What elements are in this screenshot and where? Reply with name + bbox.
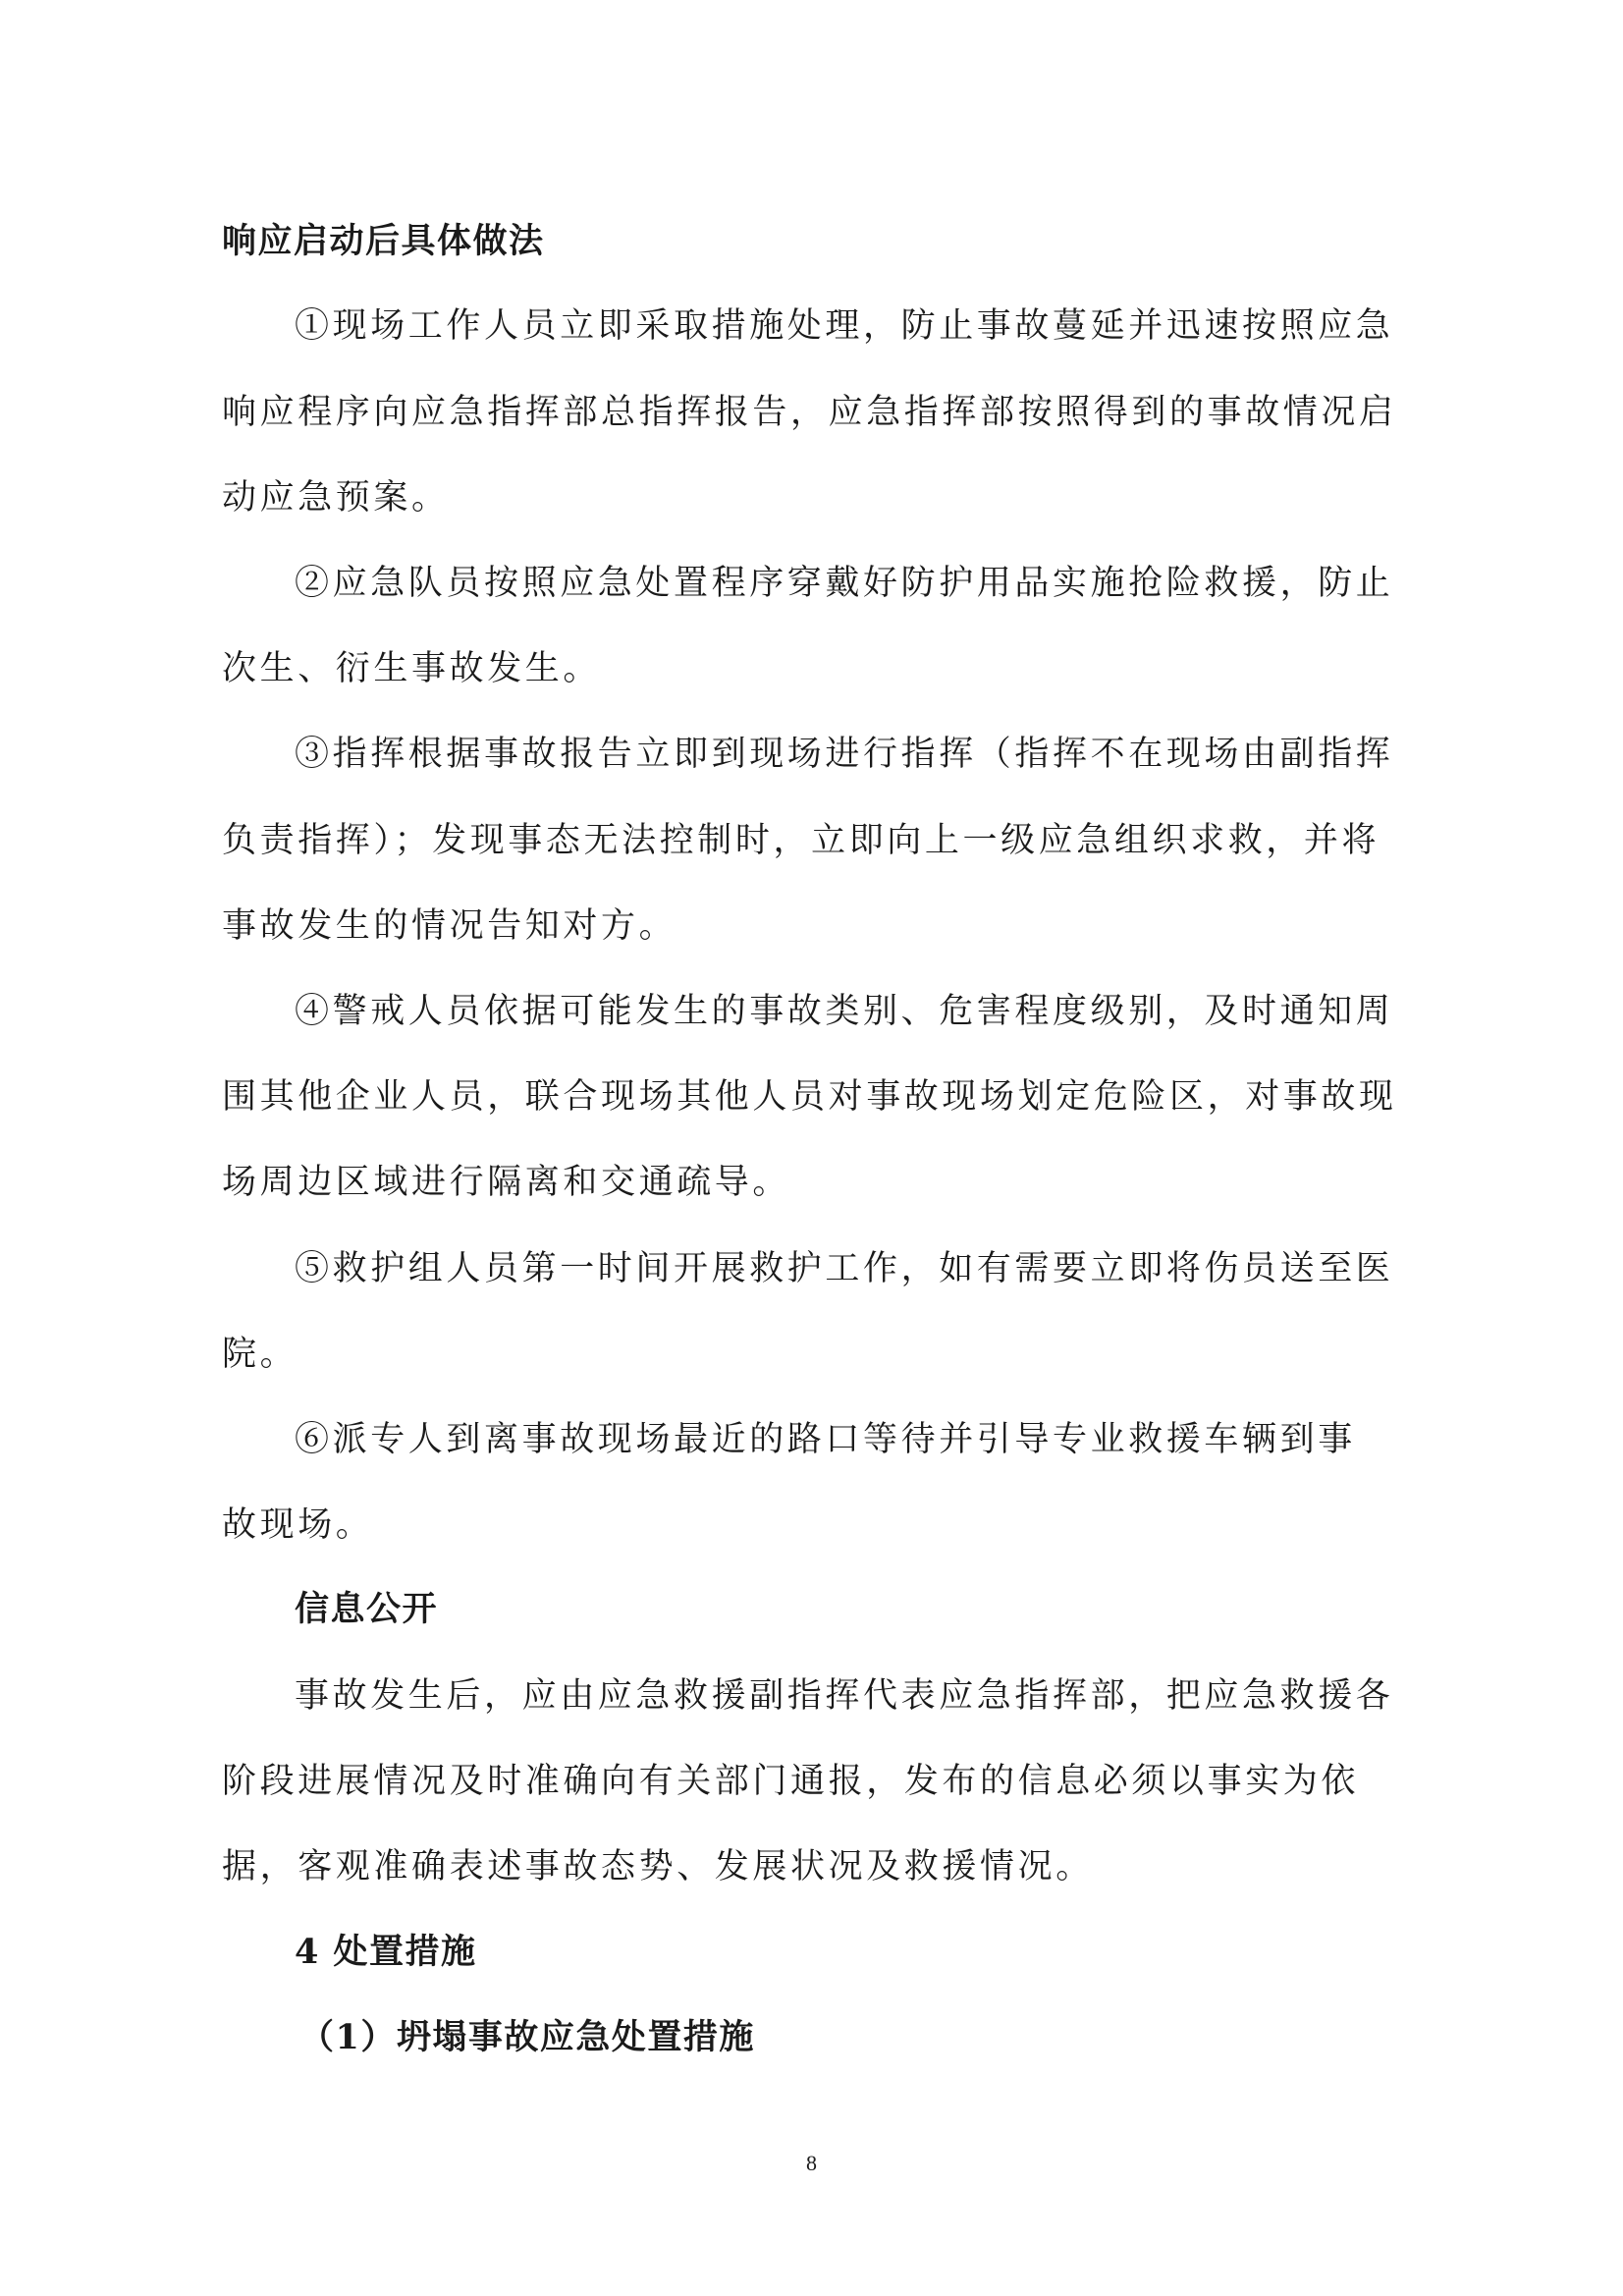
page-number: 8 <box>0 2151 1623 2176</box>
paragraph-line: 据，客观准确表述事故态势、发展状况及救援情况。 <box>222 1845 1094 1888</box>
paragraph-line: 响应程序向应急指挥部总指挥报告，应急指挥部按照得到的事故情况启 <box>222 391 1397 434</box>
paragraph-line: 事故发生后，应由应急救援副指挥代表应急指挥部，把应急救援各 <box>295 1674 1393 1718</box>
paragraph-line: 次生、衍生事故发生。 <box>222 647 601 690</box>
paragraph-line: 围其他企业人员，联合现场其他人员对事故现场划定危险区，对事故现 <box>222 1075 1397 1119</box>
document-page: 响应启动后具体做法 ①现场工作人员立即采取措施处理，防止事故蔓延并迅速按照应急 … <box>0 0 1623 2296</box>
paragraph-line: ①现场工作人员立即采取措施处理，防止事故蔓延并迅速按照应急 <box>295 304 1393 348</box>
paragraph-line: ⑤救护组人员第一时间开展救护工作，如有需要立即将伤员送至医 <box>295 1247 1393 1290</box>
paragraph-line: ③指挥根据事故报告立即到现场进行指挥（指挥不在现场由副指挥 <box>295 733 1393 776</box>
paragraph-line: 动应急预案。 <box>222 476 450 519</box>
paragraph-line: ⑥派专人到离事故现场最近的路口等待并引导专业救援车辆到事 <box>295 1418 1356 1461</box>
paragraph-line: ④警戒人员依据可能发生的事故类别、危害程度级别，及时通知周 <box>295 990 1393 1033</box>
paragraph-line: 阶段进展情况及时准确向有关部门通报，发布的信息必须以事实为依 <box>222 1760 1359 1803</box>
heading-response-procedure: 响应启动后具体做法 <box>222 220 545 263</box>
heading-collapse-accident-measures: （1）坍塌事故应急处置措施 <box>299 2016 755 2059</box>
paragraph-line: 院。 <box>222 1333 298 1376</box>
paragraph-line: ②应急队员按照应急处置程序穿戴好防护用品实施抢险救援，防止 <box>295 562 1393 605</box>
paragraph-line: 事故发生的情况告知对方。 <box>222 904 676 948</box>
heading-section-4-measures: 4 处置措施 <box>295 1931 477 1974</box>
heading-information-disclosure: 信息公开 <box>295 1588 438 1631</box>
paragraph-line: 场周边区域进行隔离和交通疏导。 <box>222 1161 790 1204</box>
paragraph-line: 负责指挥）；发现事态无法控制时，立即向上一级应急组织求救，并将 <box>222 819 1380 862</box>
paragraph-line: 故现场。 <box>222 1503 373 1547</box>
